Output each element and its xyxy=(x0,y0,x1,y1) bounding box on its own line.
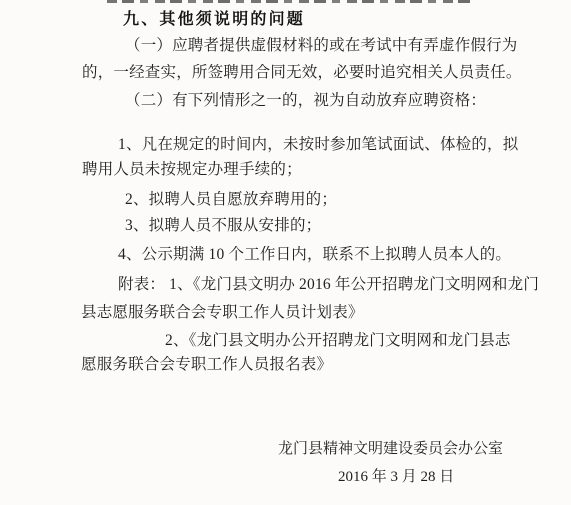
attachments-line3: 2、《龙门县文明办公开招聘龙门文明网和龙门县志 xyxy=(165,331,511,350)
attachments-line4: 愿服务联合会专职工作人员报名表》 xyxy=(81,355,332,374)
clipped-text-line-top xyxy=(107,0,475,3)
document-page: 九、其他须说明的问题 （一）应聘者提供虚假材料的或在考试中有弄虚作假行为 的，一… xyxy=(0,0,571,505)
date-line: 2016 年 3 月 28 日 xyxy=(338,468,454,487)
para1-line1: （一）应聘者提供虚假材料的或在考试中有弄虚作假行为 xyxy=(125,36,518,55)
para2-line1: （二）有下列情形之一的，视为自动放弃应聘资格： xyxy=(125,91,486,110)
signature-line: 龙门县精神文明建设委员会办公室 xyxy=(278,440,503,459)
list-item1-line1: 1、凡在规定的时间内，未按时参加笔试面试、体检的，拟 xyxy=(118,135,518,154)
list-item3-line1: 3、拟聘人员不服从安排的； xyxy=(125,216,321,235)
attachments-line1: 附表： 1、《龙门县文明办 2016 年公开招聘龙门文明网和龙门 xyxy=(118,275,539,294)
attachments-line2: 县志愿服务联合会专职工作人员计划表》 xyxy=(81,303,364,322)
list-item4-line1: 4、公示期满 10 个工作日内，联系不上拟聘人员本人的。 xyxy=(118,245,511,264)
list-item2-line1: 2、拟聘人员自愿放弃聘用的； xyxy=(125,190,337,209)
para1-line2: 的，一经查实，所签聘用合同无效，必要时追究相关人员责任。 xyxy=(82,63,522,82)
list-item1-line2: 聘用人员未按规定办理手续的； xyxy=(82,160,302,179)
section-heading: 九、其他须说明的问题 xyxy=(123,10,305,29)
